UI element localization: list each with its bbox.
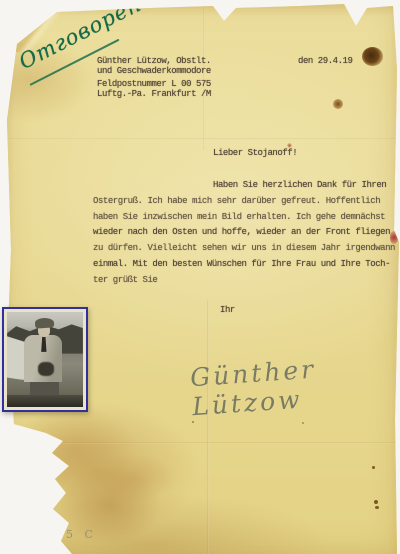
speck [372, 466, 375, 469]
horizontal-crease [0, 442, 400, 444]
body-line: haben Sie inzwischen mein Bild erhalten.… [93, 212, 385, 222]
body-line: ter grüßt Sie [93, 275, 157, 285]
stain-dot [333, 99, 343, 109]
scanned-letter: Отговорено Günther Lützow, Obstlt. und G… [0, 0, 400, 554]
letterhead-line: Luftg.-Pa. Frankfurt /M [97, 89, 211, 99]
closing: Ihr [220, 305, 235, 315]
body-line: Ostergruß. Ich habe mich sehr darüber ge… [93, 196, 380, 206]
body-line: einmal. Mit den besten Wünschen für Ihre… [93, 259, 390, 269]
letterhead-line: Günther Lützow, Obstlt. [97, 56, 211, 66]
photo-of-officer [7, 312, 83, 407]
speck [192, 421, 194, 423]
speck [302, 422, 304, 424]
body-line: wieder nach den Osten und hoffe, wieder … [93, 227, 390, 237]
speck [374, 500, 378, 504]
letterhead-line: Feldpostnummer L 00 575 [97, 79, 211, 89]
pencil-mark: 5 C [66, 528, 97, 541]
vertical-crease [207, 300, 209, 554]
photo-ground [7, 395, 83, 407]
letter-paper: Отговорено Günther Lützow, Obstlt. und G… [0, 0, 400, 554]
handwritten-signature: Günther Lützow [189, 349, 400, 421]
edge-stain [390, 231, 398, 244]
photo-figure-garrison-cap [35, 317, 55, 328]
date-line: den 29.4.19 [298, 56, 352, 66]
photo-figure-hands [38, 362, 54, 375]
photo-inset-frame [2, 307, 88, 412]
body-line: Haben Sie herzlichen Dank für Ihren [213, 180, 386, 190]
salutation: Lieber Stojanoff! [213, 148, 297, 158]
stain-dot [287, 143, 292, 148]
speck [375, 506, 379, 509]
horizontal-crease [0, 138, 400, 140]
letterhead-line: und Geschwaderkommodore [97, 66, 211, 76]
body-line: zu dürfen. Vielleicht sehen wir uns in d… [93, 243, 395, 253]
ink-stain [362, 47, 383, 66]
